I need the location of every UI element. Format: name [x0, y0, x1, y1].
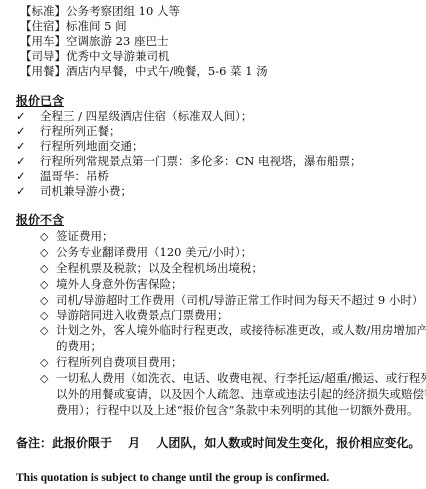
excluded-item-continuation: 以外的用餐或宴请，以及因个人疏忽、违章或违法引起的经济损失或赔偿等	[56, 387, 426, 403]
diamond-icon: ◇	[40, 261, 56, 277]
included-item-text: 行程所列地面交通；	[40, 139, 144, 153]
excluded-item: ◇计划之外，客人境外临时行程更改，或接待标准更改，或人数/用房增加产生	[40, 323, 426, 339]
excluded-item-text: 行程所列自费项目费用；	[56, 355, 183, 369]
diamond-icon: ◇	[40, 277, 56, 293]
excluded-item-text: 一切私人费用（如洗衣、电话、收费电视、行李托运/超重/搬运、或行程列明	[56, 371, 426, 385]
excluded-item: ◇公务专业翻译费用（120 美元/小时）；	[40, 245, 252, 261]
remark-note: 备注：此报价限于 月 人团队，如人数或时间发生变化，报价相应变化。	[16, 434, 420, 451]
check-icon: ✓	[16, 169, 40, 184]
included-item: ✓行程所列常规景点第一门票：多伦多：CN 电视塔，瀑布船票；	[16, 154, 362, 169]
check-icon: ✓	[16, 109, 40, 124]
header-value: 优秀中文导游兼司机	[66, 49, 170, 63]
excluded-title: 报价不含	[16, 211, 64, 228]
diamond-icon: ◇	[40, 308, 56, 324]
header-value: 标准间 5 间	[66, 19, 127, 33]
header-label: 【司导】	[20, 49, 66, 63]
included-item: ✓行程所列正餐；	[16, 124, 121, 139]
header-standard: 【标准】公务考察团组 10 人等	[20, 4, 180, 19]
included-item-text: 全程三 / 四星级酒店住宿（标准双人间）；	[40, 109, 252, 123]
check-icon: ✓	[16, 184, 40, 199]
excluded-item-text: 导游陪同进入收费景点门票费用；	[56, 308, 229, 322]
included-item-text: 司机兼导游小费；	[40, 184, 132, 198]
excluded-item-text: 全程机票及税款；以及全程机场出境税；	[56, 261, 263, 275]
excluded-item: ◇行程所列自费项目费用；	[40, 355, 183, 371]
header-label: 【住宿】	[20, 19, 66, 33]
included-item: ✓温哥华：吊桥	[16, 169, 109, 184]
diamond-icon: ◇	[40, 293, 56, 309]
excluded-item: ◇全程机票及税款；以及全程机场出境税；	[40, 261, 263, 277]
header-label: 【标准】	[20, 4, 66, 18]
included-item-text: 温哥华：吊桥	[40, 169, 109, 183]
included-item: ✓行程所列地面交通；	[16, 139, 144, 154]
header-value: 酒店内早餐，中式午/晚餐，5-6 菜 1 汤	[66, 64, 268, 78]
header-value: 公务考察团组 10 人等	[66, 4, 180, 18]
diamond-icon: ◇	[40, 355, 56, 371]
header-label: 【用车】	[20, 34, 66, 48]
check-icon: ✓	[16, 124, 40, 139]
excluded-item: ◇导游陪同进入收费景点门票费用；	[40, 308, 229, 324]
diamond-icon: ◇	[40, 323, 56, 339]
diamond-icon: ◇	[40, 371, 56, 387]
check-icon: ✓	[16, 139, 40, 154]
excluded-item-text: 计划之外，客人境外临时行程更改，或接待标准更改，或人数/用房增加产生	[56, 323, 426, 337]
included-item: ✓司机兼导游小费；	[16, 184, 132, 199]
header-vehicle: 【用车】空调旅游 23 座巴士	[20, 34, 168, 49]
excluded-item-text: 公务专业翻译费用（120 美元/小时）；	[56, 245, 252, 259]
excluded-item-text: 签证费用；	[56, 229, 114, 243]
excluded-item-text: 司机/导游超时工作费用（司机/导游正常工作时间为每天不超过 9 小时）	[56, 293, 423, 307]
included-item-text: 行程所列常规景点第一门票：多伦多：CN 电视塔，瀑布船票；	[40, 154, 362, 168]
included-item: ✓全程三 / 四星级酒店住宿（标准双人间）；	[16, 109, 252, 124]
excluded-item: ◇签证费用；	[40, 229, 114, 245]
excluded-item-continuation: 的费用；	[56, 339, 102, 355]
excluded-item-continuation: 费用）；行程中以及上述“报价包含”条款中未列明的其他一切额外费用。	[56, 403, 419, 419]
disclaimer: This quotation is subject to change unti…	[16, 472, 329, 484]
included-title: 报价已含	[16, 92, 64, 109]
excluded-item: ◇一切私人费用（如洗衣、电话、收费电视、行李托运/超重/搬运、或行程列明	[40, 371, 426, 387]
header-accommodation: 【住宿】标准间 5 间	[20, 19, 127, 34]
check-icon: ✓	[16, 154, 40, 169]
header-meals: 【用餐】酒店内早餐，中式午/晚餐，5-6 菜 1 汤	[20, 64, 268, 79]
excluded-item: ◇司机/导游超时工作费用（司机/导游正常工作时间为每天不超过 9 小时）	[40, 293, 423, 309]
header-value: 空调旅游 23 座巴士	[66, 34, 168, 48]
diamond-icon: ◇	[40, 245, 56, 261]
excluded-item-text: 境外人身意外伤害保险；	[56, 277, 183, 291]
header-guide: 【司导】优秀中文导游兼司机	[20, 49, 170, 64]
excluded-item: ◇境外人身意外伤害保险；	[40, 277, 183, 293]
diamond-icon: ◇	[40, 229, 56, 245]
header-label: 【用餐】	[20, 64, 66, 78]
included-item-text: 行程所列正餐；	[40, 124, 121, 138]
